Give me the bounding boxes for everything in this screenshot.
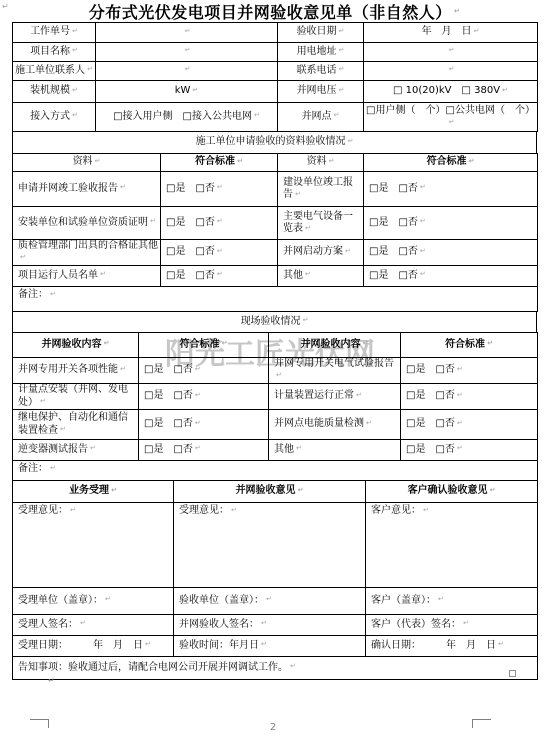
material-item-label: 申请并网竣工验收报告↵ bbox=[13, 172, 161, 207]
standard-col-header: 符合标准↵ bbox=[401, 333, 538, 358]
formatting-mark-icon: ↵ bbox=[105, 595, 111, 603]
formatting-mark-icon: ↵ bbox=[457, 444, 463, 452]
capacity-label: 装机规模↵ bbox=[13, 81, 96, 103]
formatting-mark-icon: ↵ bbox=[120, 183, 126, 191]
formatting-mark-icon: ↵ bbox=[356, 391, 362, 399]
formatting-mark-icon: ↵ bbox=[217, 247, 223, 255]
customer-signature-cell[interactable]: 客户（代表）签名：↵ bbox=[366, 615, 538, 636]
formatting-mark-icon: ↵ bbox=[50, 464, 56, 472]
work-order-input[interactable]: ↵ bbox=[96, 23, 278, 43]
customer-confirm-header: 客户确认验收意见↵ bbox=[366, 481, 538, 503]
formatting-mark-icon: ↵ bbox=[502, 86, 508, 94]
material-item-label: 其他↵ bbox=[278, 266, 364, 287]
formatting-mark-icon: ↵ bbox=[449, 65, 455, 73]
table-row: 项目运行人员名单↵ □是 □否↵ 其他↵ □是 □否↵ bbox=[13, 266, 538, 287]
formatting-mark-icon: ↵ bbox=[217, 183, 223, 191]
phone-input[interactable]: ↵ bbox=[364, 62, 538, 81]
onsite-remarks-cell[interactable]: 备注：↵ bbox=[13, 461, 538, 481]
formatting-mark-icon: ↵ bbox=[20, 253, 26, 261]
standard-col-header: 符合标准↵ bbox=[364, 154, 538, 172]
onsite-item-label: 其他↵ bbox=[269, 440, 401, 461]
power-address-input[interactable]: ↵ bbox=[364, 43, 538, 62]
formatting-mark-icon: ↵ bbox=[192, 86, 198, 94]
materials-table: 资料↵ 符合标准↵ 资料↵ 符合标准↵ 申请并网竣工验收报告↵ □是 □否↵ 建… bbox=[12, 153, 538, 312]
formatting-mark-icon: ↵ bbox=[490, 486, 496, 494]
table-row: 备注：↵ bbox=[13, 461, 538, 481]
formatting-mark-icon: ↵ bbox=[72, 86, 78, 94]
formatting-mark-icon: ↵ bbox=[438, 595, 444, 603]
document-title: 分布式光伏发电项目并网验收意见单（非自然人）↵ bbox=[0, 0, 549, 22]
table-row: 告知事项：验收通过后，请配合电网公司开展并网调试工作。↵ bbox=[13, 657, 538, 680]
project-name-input[interactable]: ↵ bbox=[96, 43, 278, 62]
table-row: 受理单位（盖章）：↵ 验收单位（盖章）：↵ 客户（盖章）：↵ bbox=[13, 588, 538, 615]
material-item-label: 质检管理部门出具的合格证其他↵ bbox=[13, 240, 161, 266]
formatting-mark-icon: ↵ bbox=[111, 486, 117, 494]
formatting-mark-icon: ↵ bbox=[345, 247, 351, 255]
formatting-mark-icon: ↵ bbox=[329, 157, 335, 165]
onsite-item-label: 计量点安装（并网、发电处）↵ bbox=[13, 384, 139, 410]
formatting-mark-icon: ↵ bbox=[72, 27, 78, 35]
business-acceptance-header: 业务受理↵ bbox=[13, 481, 174, 503]
formatting-mark-icon: ↵ bbox=[120, 365, 126, 373]
connection-mode-checkboxes[interactable]: □接入用户侧 □接入公共电网↵ bbox=[96, 103, 278, 132]
onsite-item-label: 逆变器测试报告↵ bbox=[13, 440, 139, 461]
formatting-mark-icon: ↵ bbox=[339, 65, 345, 73]
formatting-mark-icon: ↵ bbox=[449, 46, 455, 54]
material-item-label: 项目运行人员名单↵ bbox=[13, 266, 161, 287]
onsite-item-label: 继电保护、自动化和通信装置检查↵ bbox=[13, 410, 139, 440]
formatting-mark-icon: ↵ bbox=[454, 7, 460, 15]
formatting-mark-icon: ↵ bbox=[420, 183, 426, 191]
formatting-mark-icon: ↵ bbox=[303, 316, 309, 324]
materials-section-title: 施工单位申请验收的资料验收情况↵ bbox=[13, 132, 537, 154]
formatting-mark-icon: ↵ bbox=[150, 217, 156, 225]
formatting-mark-icon: ↵ bbox=[48, 676, 55, 685]
formatting-mark-icon: ↵ bbox=[40, 397, 46, 405]
acceptor-signature-cell[interactable]: 受理人签名：↵ bbox=[13, 615, 174, 636]
formatting-mark-icon: ↵ bbox=[339, 46, 345, 54]
formatting-mark-icon: ↵ bbox=[87, 65, 93, 73]
formatting-mark-icon: ↵ bbox=[72, 111, 78, 119]
table-row: 项目名称↵ ↵ 用电地址↵ ↵ bbox=[13, 43, 538, 62]
onsite-item-label: 并网专用开关各项性能↵ bbox=[13, 358, 139, 384]
acceptance-date-input[interactable]: 年 月 日↵ bbox=[364, 23, 538, 43]
onsite-item-label: 计量装置运行正常↵ bbox=[269, 384, 401, 410]
inspection-unit-seal-cell[interactable]: 验收单位（盖章）：↵ bbox=[174, 588, 366, 615]
formatting-mark-icon: ↵ bbox=[457, 391, 463, 399]
formatting-mark-icon: ↵ bbox=[261, 640, 267, 648]
yes-no-checkboxes[interactable]: □是 □否↵ bbox=[401, 410, 538, 440]
formatting-mark-icon: ↵ bbox=[339, 27, 345, 35]
formatting-mark-icon: ↵ bbox=[195, 391, 201, 399]
formatting-mark-icon: ↵ bbox=[363, 339, 369, 347]
document-title-text: 分布式光伏发电项目并网验收意见单（非自然人） bbox=[89, 0, 452, 23]
formatting-mark-icon: ↵ bbox=[290, 662, 296, 670]
page-number: 2 bbox=[263, 722, 283, 733]
formatting-mark-icon: ↵ bbox=[295, 190, 301, 198]
voltage-label: 并网电压↵ bbox=[278, 81, 364, 103]
paragraph-mark: ↵ bbox=[46, 675, 55, 686]
table-row: 并网专用开关各项性能↵ □是 □否↵ 并网专用开关电气试验报告↵ □是 □否↵ bbox=[13, 358, 538, 384]
table-row: 接入方式↵ □接入用户侧 □接入公共电网↵ 并网点↵ □用户侧（ 个）□公共电网… bbox=[13, 103, 538, 132]
table-row: 施工单位联系人↵ ↵ 联系电话↵ ↵ bbox=[13, 62, 538, 81]
materials-col-header: 资料↵ bbox=[278, 154, 364, 172]
formatting-mark-icon: ↵ bbox=[266, 595, 272, 603]
formatting-mark-icon: ↵ bbox=[104, 339, 110, 347]
formatting-mark-icon: ↵ bbox=[95, 157, 101, 165]
formatting-mark-icon: ↵ bbox=[423, 506, 429, 514]
yes-no-checkboxes[interactable]: □是 □否↵ bbox=[161, 172, 278, 207]
formatting-mark-icon: ↵ bbox=[231, 506, 237, 514]
yes-no-checkboxes[interactable]: □是 □否↵ bbox=[161, 240, 278, 266]
formatting-mark-icon: ↵ bbox=[195, 419, 201, 427]
formatting-mark-icon: ↵ bbox=[145, 640, 151, 648]
acceptance-table: 业务受理↵ 并网验收意见↵ 客户确认验收意见↵ 受理意见：↵ 受理意见：↵ 客户… bbox=[12, 480, 538, 680]
formatting-mark-icon: ↵ bbox=[298, 486, 304, 494]
formatting-mark-icon: ↵ bbox=[366, 419, 372, 427]
yes-no-checkboxes[interactable]: □是 □否↵ bbox=[364, 172, 538, 207]
table-row: 计量点安装（并网、发电处）↵ □是 □否↵ 计量装置运行正常↵ □是 □否↵ bbox=[13, 384, 538, 410]
formatting-mark-icon: ↵ bbox=[457, 419, 463, 427]
formatting-mark-icon: ↵ bbox=[348, 137, 354, 145]
acceptance-unit-seal-cell[interactable]: 受理单位（盖章）：↵ bbox=[13, 588, 174, 615]
onsite-table: 并网验收内容↵ 符合标准↵ 并网验收内容↵ 符合标准↵ 并网专用开关各项性能↵ … bbox=[12, 332, 538, 481]
formatting-mark-icon: ↵ bbox=[185, 27, 191, 35]
confirm-date-cell[interactable]: 确认日期： 年 月 日↵ bbox=[366, 636, 538, 657]
footer-margin-mark-right bbox=[472, 719, 491, 728]
yes-no-checkboxes[interactable]: □是 □否↵ bbox=[364, 266, 538, 287]
material-item-label: 安装单位和试验单位资质证明↵ bbox=[13, 207, 161, 240]
materials-col-header: 资料↵ bbox=[13, 154, 161, 172]
formatting-mark-icon: ↵ bbox=[487, 339, 493, 347]
voltage-checkboxes[interactable]: □ 10(20)kV □ 380V↵ bbox=[364, 81, 538, 103]
formatting-mark-icon: ↵ bbox=[195, 444, 201, 452]
project-name-label: 项目名称↵ bbox=[13, 43, 96, 62]
table-header-row: 资料↵ 符合标准↵ 资料↵ 符合标准↵ bbox=[13, 154, 538, 172]
formatting-mark-icon: ↵ bbox=[254, 111, 260, 119]
formatting-mark-icon: ↵ bbox=[195, 365, 201, 373]
connection-mode-label: 接入方式↵ bbox=[13, 103, 96, 132]
formatting-mark-icon: ↵ bbox=[72, 46, 78, 54]
table-row: 受理意见：↵ 受理意见：↵ 客户意见：↵ bbox=[13, 503, 538, 588]
formatting-mark-icon: ↵ bbox=[296, 444, 302, 452]
onsite-section-title-row: 现场验收情况↵ bbox=[12, 311, 537, 333]
inspector-signature-cell[interactable]: 并网验收人签名：↵ bbox=[174, 615, 366, 636]
formatting-mark-icon: ↵ bbox=[498, 640, 504, 648]
grid-acceptance-opinion-header: 并网验收意见↵ bbox=[174, 481, 366, 503]
onsite-content-header: 并网验收内容↵ bbox=[269, 333, 401, 358]
capacity-input[interactable]: kW↵ bbox=[96, 81, 278, 103]
phone-label: 联系电话↵ bbox=[278, 62, 364, 81]
grid-opinion-area[interactable]: 受理意见：↵ bbox=[174, 503, 366, 588]
formatting-mark-icon: ↵ bbox=[474, 27, 480, 35]
table-resize-handle[interactable] bbox=[509, 670, 516, 677]
grid-point-label: 并网点↵ bbox=[278, 103, 364, 132]
formatting-mark-icon: ↵ bbox=[463, 619, 469, 627]
info-table: 工作单号↵ ↵ 验收日期↵ 年 月 日↵ 项目名称↵ ↵ 用电地址↵ ↵ 施工单… bbox=[12, 22, 538, 132]
yes-no-checkboxes[interactable]: □是 □否↵ bbox=[401, 384, 538, 410]
document-page: 阳光工匠光伏网 ↵ 分布式光伏发电项目并网验收意见单（非自然人）↵ 工作单号↵ … bbox=[0, 0, 549, 737]
yes-no-checkboxes[interactable]: □是 □否↵ bbox=[161, 207, 278, 240]
formatting-mark-icon: ↵ bbox=[217, 270, 223, 278]
table-header-row: 业务受理↵ 并网验收意见↵ 客户确认验收意见↵ bbox=[13, 481, 538, 503]
formatting-mark-icon: ↵ bbox=[217, 217, 223, 225]
yes-no-checkboxes[interactable]: □是 □否↵ bbox=[401, 358, 538, 384]
table-header-row: 并网验收内容↵ 符合标准↵ 并网验收内容↵ 符合标准↵ bbox=[13, 333, 538, 358]
formatting-mark-icon: ↵ bbox=[70, 506, 76, 514]
yes-no-checkboxes[interactable]: □是 □否↵ bbox=[161, 266, 278, 287]
table-row: 质检管理部门出具的合格证其他↵ □是 □否↵ 并网启动方案↵ □是 □否↵ bbox=[13, 240, 538, 266]
formatting-mark-icon: ↵ bbox=[2, 2, 9, 11]
formatting-mark-icon: ↵ bbox=[185, 46, 191, 54]
materials-section-title-row: 施工单位申请验收的资料验收情况↵ bbox=[12, 131, 537, 154]
acceptance-date-label: 验收日期↵ bbox=[278, 23, 364, 43]
formatting-mark-icon: ↵ bbox=[0, 1, 9, 12]
material-item-label: 主要电气设备一览表↵ bbox=[278, 207, 364, 240]
customer-seal-cell[interactable]: 客户（盖章）：↵ bbox=[366, 588, 538, 615]
formatting-mark-icon: ↵ bbox=[339, 86, 345, 94]
formatting-mark-icon: ↵ bbox=[100, 270, 106, 278]
work-order-label: 工作单号↵ bbox=[13, 23, 96, 43]
table-row: 受理人签名：↵ 并网验收人签名：↵ 客户（代表）签名：↵ bbox=[13, 615, 538, 636]
formatting-mark-icon: ↵ bbox=[305, 270, 311, 278]
yes-no-checkboxes[interactable]: □是 □否↵ bbox=[139, 384, 269, 410]
acceptance-opinion-area[interactable]: 受理意见：↵ bbox=[13, 503, 174, 588]
constructor-contact-input[interactable]: ↵ bbox=[96, 62, 278, 81]
formatting-mark-icon: ↵ bbox=[305, 224, 311, 232]
formatting-mark-icon: ↵ bbox=[420, 217, 426, 225]
yes-no-checkboxes[interactable]: □是 □否↵ bbox=[364, 240, 538, 266]
table-row: 安装单位和试验单位资质证明↵ □是 □否↵ 主要电气设备一览表↵ □是 □否↵ bbox=[13, 207, 538, 240]
notice-cell: 告知事项：验收通过后，请配合电网公司开展并网调试工作。↵ bbox=[13, 657, 538, 680]
yes-no-checkboxes[interactable]: □是 □否↵ bbox=[139, 440, 269, 461]
formatting-mark-icon: ↵ bbox=[185, 65, 191, 73]
table-row: 工作单号↵ ↵ 验收日期↵ 年 月 日↵ bbox=[13, 23, 538, 43]
formatting-mark-icon: ↵ bbox=[60, 425, 66, 433]
formatting-mark-icon: ↵ bbox=[50, 290, 56, 298]
inspection-date-cell[interactable]: 验收时间：年月日↵ bbox=[174, 636, 366, 657]
formatting-mark-icon: ↵ bbox=[457, 365, 463, 373]
yes-no-checkboxes[interactable]: □是 □否↵ bbox=[364, 207, 538, 240]
table-row: 逆变器测试报告↵ □是 □否↵ 其他↵ □是 □否↵ bbox=[13, 440, 538, 461]
onsite-section-title: 现场验收情况↵ bbox=[13, 312, 537, 333]
materials-remarks-cell[interactable]: 备注：↵ bbox=[13, 287, 538, 312]
material-item-label: 并网启动方案↵ bbox=[278, 240, 364, 266]
formatting-mark-icon: ↵ bbox=[449, 118, 455, 126]
onsite-content-header: 并网验收内容↵ bbox=[13, 333, 139, 358]
customer-opinion-area[interactable]: 客户意见：↵ bbox=[366, 503, 538, 588]
formatting-mark-icon: ↵ bbox=[222, 339, 228, 347]
formatting-mark-icon: ↵ bbox=[90, 444, 96, 452]
table-row: 申请并网竣工验收报告↵ □是 □否↵ 建设单位竣工报告↵ □是 □否↵ bbox=[13, 172, 538, 207]
table-row: 继电保护、自动化和通信装置检查↵ □是 □否↵ 并网点电能质量检测↵ □是 □否… bbox=[13, 410, 538, 440]
acceptance-date-cell[interactable]: 受理日期： 年 月 日↵ bbox=[13, 636, 174, 657]
footer-margin-mark-left bbox=[30, 719, 49, 728]
power-address-label: 用电地址↵ bbox=[278, 43, 364, 62]
formatting-mark-icon: ↵ bbox=[80, 619, 86, 627]
formatting-mark-icon: ↵ bbox=[276, 371, 282, 379]
formatting-mark-icon: ↵ bbox=[334, 111, 340, 119]
standard-col-header: 符合标准↵ bbox=[161, 154, 278, 172]
constructor-contact-label: 施工单位联系人↵ bbox=[13, 62, 96, 81]
yes-no-checkboxes[interactable]: □是 □否↵ bbox=[139, 358, 269, 384]
table-row: 备注：↵ bbox=[13, 287, 538, 312]
grid-point-checkboxes[interactable]: □用户侧（ 个）□公共电网（ 个）↵ bbox=[364, 103, 538, 132]
formatting-mark-icon: ↵ bbox=[469, 157, 475, 165]
onsite-item-label: 并网专用开关电气试验报告↵ bbox=[269, 358, 401, 384]
yes-no-checkboxes[interactable]: □是 □否↵ bbox=[139, 410, 269, 440]
formatting-mark-icon: ↵ bbox=[420, 270, 426, 278]
onsite-item-label: 并网点电能质量检测↵ bbox=[269, 410, 401, 440]
yes-no-checkboxes[interactable]: □是 □否↵ bbox=[401, 440, 538, 461]
material-item-label: 建设单位竣工报告↵ bbox=[278, 172, 364, 207]
standard-col-header: 符合标准↵ bbox=[139, 333, 269, 358]
table-row: 受理日期： 年 月 日↵ 验收时间：年月日↵ 确认日期： 年 月 日↵ bbox=[13, 636, 538, 657]
formatting-mark-icon: ↵ bbox=[237, 157, 243, 165]
formatting-mark-icon: ↵ bbox=[420, 247, 426, 255]
table-row: 装机规模↵ kW↵ 并网电压↵ □ 10(20)kV □ 380V↵ bbox=[13, 81, 538, 103]
formatting-mark-icon: ↵ bbox=[261, 619, 267, 627]
